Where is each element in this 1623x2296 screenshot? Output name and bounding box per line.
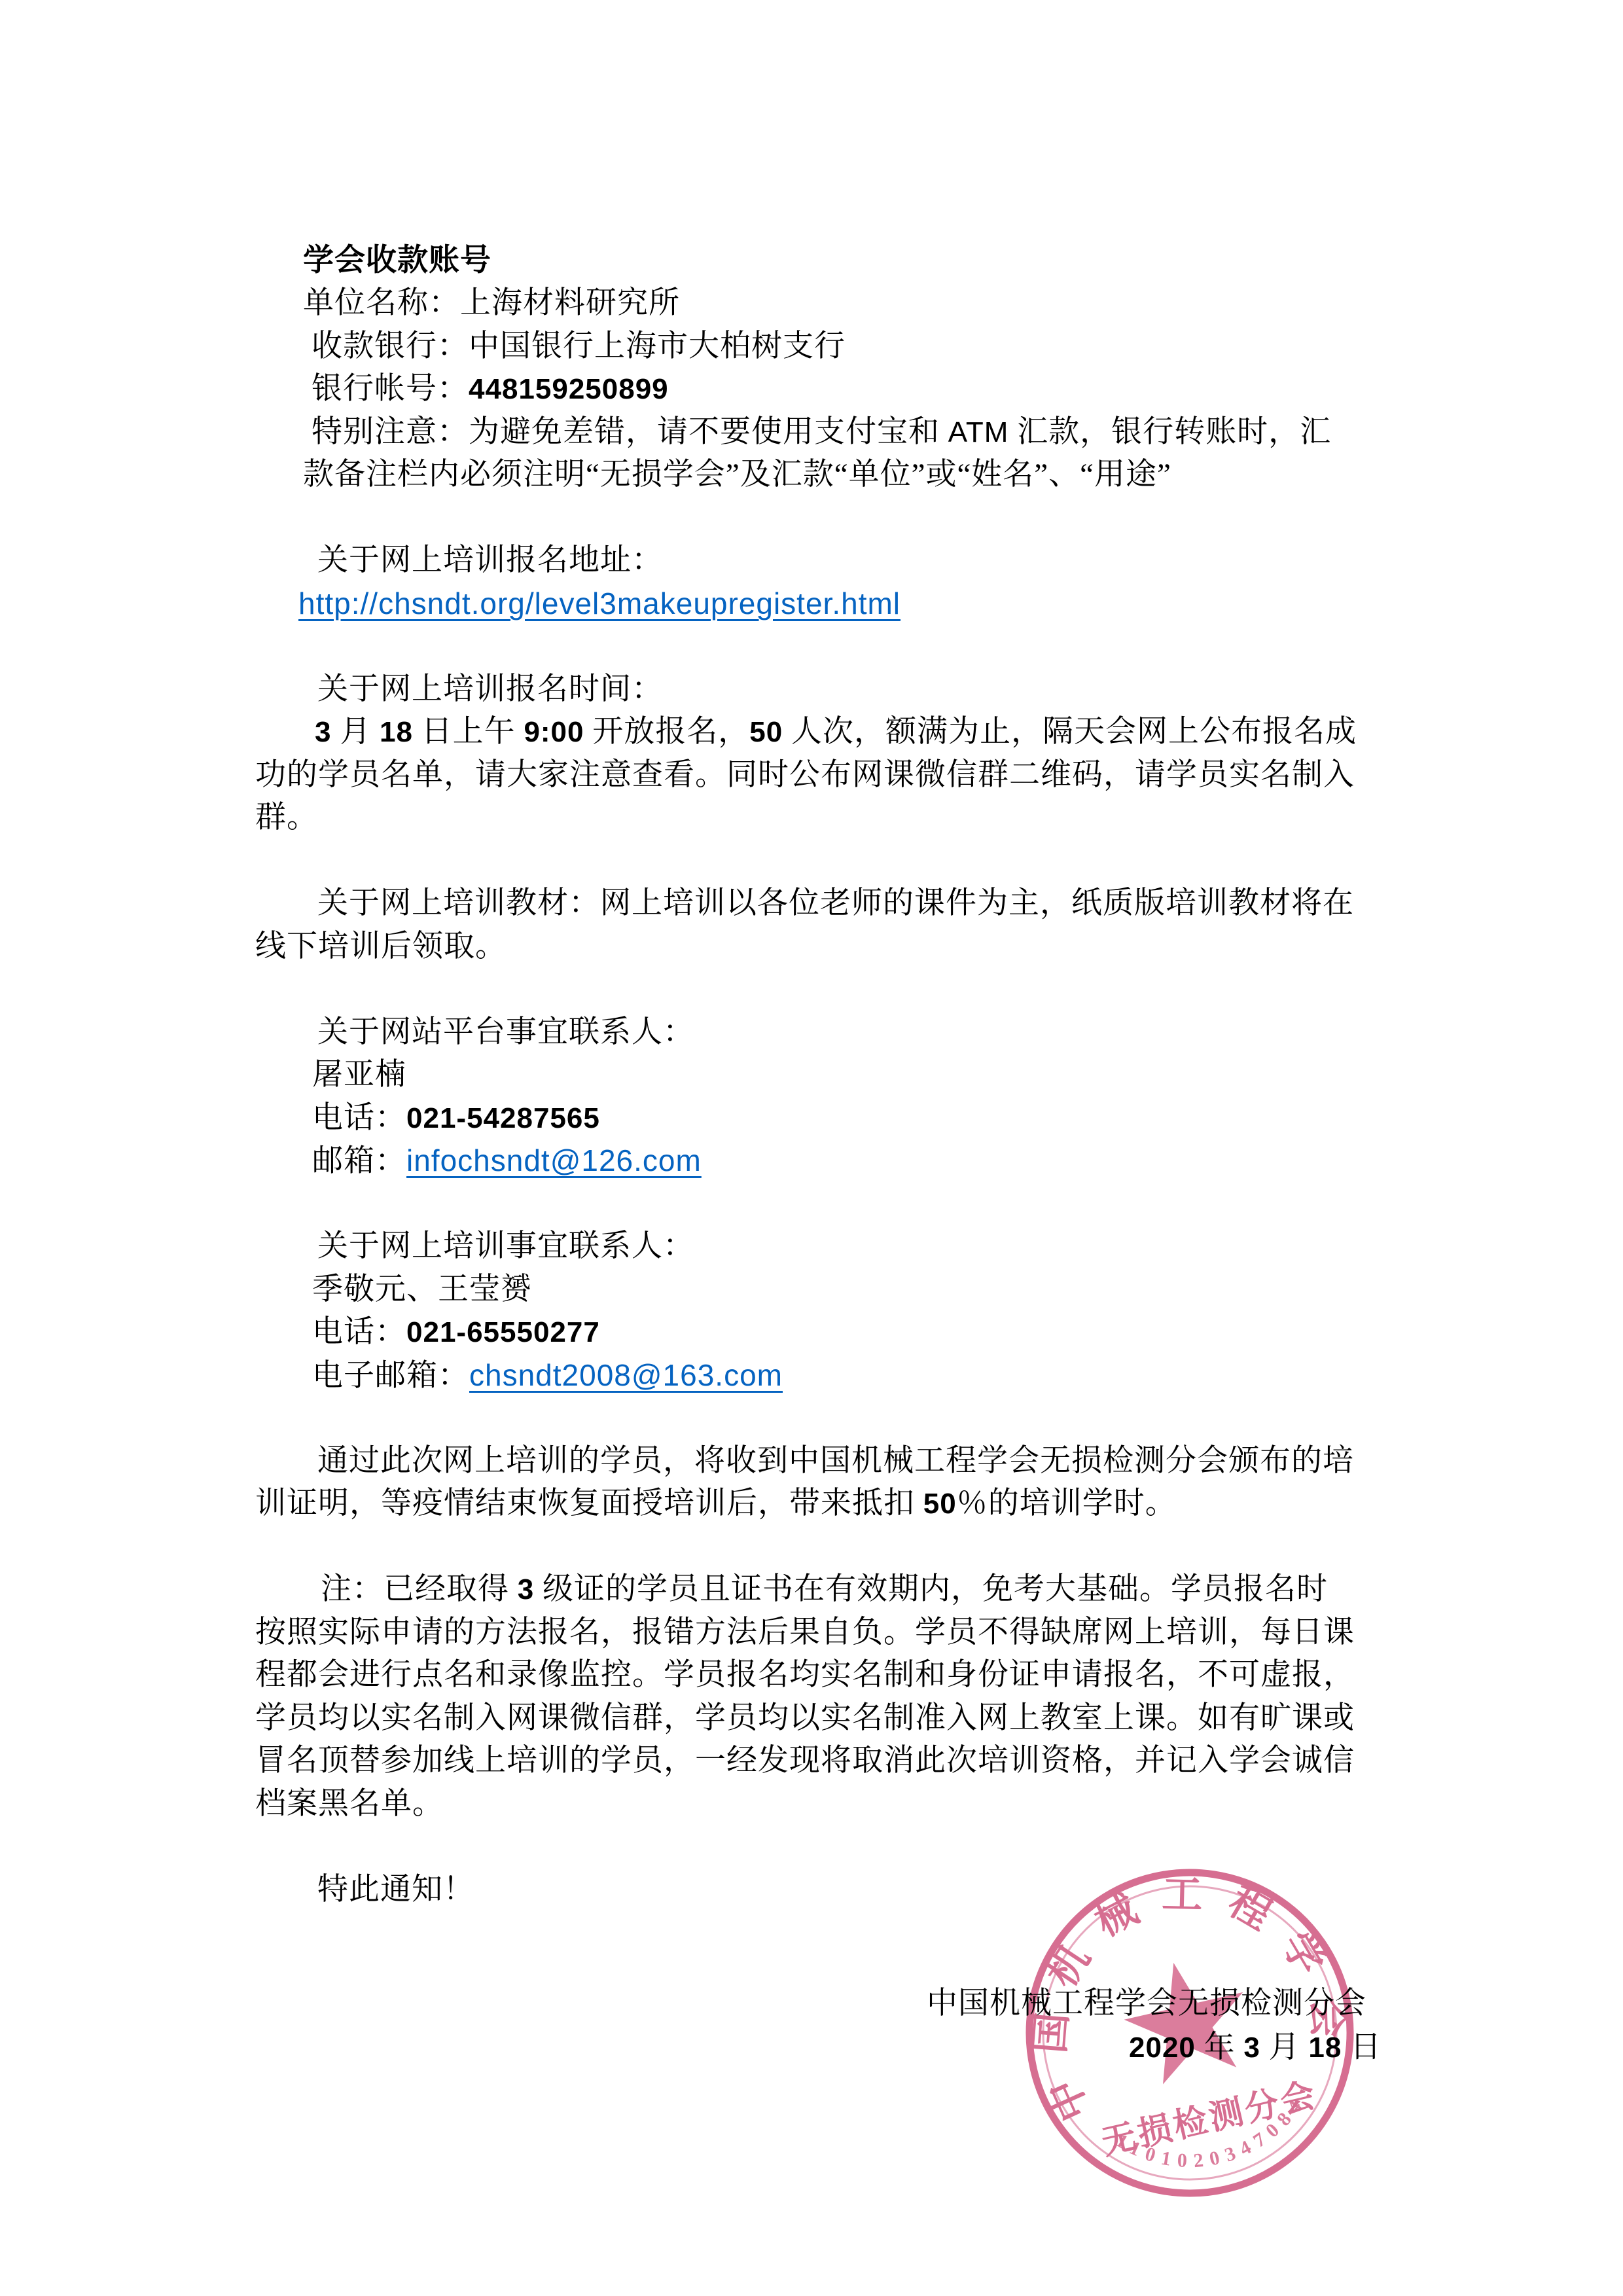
unit-name-line: 单位名称：上海材料研究所 [303,288,680,319]
website-contact-email: 邮箱：infochsndt@126.com [312,1145,702,1177]
text-span: 月 [1260,2030,1309,2064]
text-span: ％的培训学时。 [957,1486,1177,1520]
number-text: 3 [518,1573,534,1605]
note-line-1: 注：已经取得 3 级证的学员且证书在有效期内，免考大基础。学员报名时 [321,1574,1328,1605]
text-span: 汇款，银行转账时，汇 [1008,415,1331,449]
number-text: 021-65550277 [406,1316,600,1348]
text-span: 关于网站平台事宜联系人： [317,1015,694,1049]
text-span: 注：已经取得 [321,1572,518,1606]
text-span: 中国机械工程学会无损检测分会 [927,1986,1366,2020]
text-span: 开放报名， [584,715,750,749]
text-span: 人次，额满为止，隔天会网上公布报名成 [783,715,1357,749]
website-contact-heading: 关于网站平台事宜联系人： [317,1017,694,1048]
note-line-6: 档案黑名单。 [255,1789,444,1820]
heading-account-info: 学会收款账号 [303,245,491,276]
text-span: 款备注栏内必须注明“无损学会”及汇款“单位”或“姓名”、“用途” [303,457,1171,492]
text-span: 关于网上培训事宜联系人： [317,1229,694,1263]
text-span: 电子邮箱： [312,1359,469,1393]
number-text: 3 [1243,2032,1260,2064]
text-span: 收款银行：中国银行上海市大柏树支行 [312,329,846,363]
text-span: 屠亚楠 [312,1058,406,1092]
text-span: 学员均以实名制入网课微信群，学员均以实名制准入网上教室上课。如有旷课或 [255,1701,1355,1735]
online-reg-url: http://chsndt.org/level3makeupregister.h… [298,588,901,620]
receiving-bank-line: 收款银行：中国银行上海市大柏树支行 [312,331,846,362]
text-span: 档案黑名单。 [255,1787,444,1821]
online-reg-url-heading: 关于网上培训报名地址： [317,545,663,576]
website-contact-phone: 电话：021-54287565 [312,1103,600,1134]
number-text: 2020 [1129,2032,1196,2064]
number-text: 50 [749,716,783,748]
special-note-line-1: 特别注意：为避免差错，请不要使用支付宝和 ATM 汇款，银行转账时，汇 [312,417,1331,448]
text-span: 关于网上培训报名时间： [317,672,663,706]
number-text: 448159250899 [469,373,669,405]
text-span: 群。 [255,800,318,834]
online-reg-time-line-1: 3 月 18 日上午 9:00 开放报名，50 人次，额满为止，隔天会网上公布报… [315,717,1357,747]
training-credit-line-2: 训证明，等疫情结束恢复面授培训后，带来抵扣 50％的培训学时。 [255,1488,1177,1519]
text-span: 日 [1342,2030,1382,2064]
text-span: 单位名称：上海材料研究所 [303,286,680,320]
number-text: 021-54287565 [406,1102,600,1134]
text-span: 按照实际申请的方法报名，报错方法后果自负。学员不得缺席网上培训，每日课 [255,1615,1355,1649]
text-span: 特此通知！ [317,1873,474,1907]
text-span: 线下培训后领取。 [255,929,507,963]
text-span: 电话： [312,1101,406,1135]
text-span: 训证明，等疫情结束恢复面授培训后，带来抵扣 [255,1486,923,1520]
text-span: 邮箱： [312,1144,406,1178]
number-text: 3 [315,716,331,748]
document-page: 中国机械工程学会 1101020347084 无损检测分会 学会收款账号单位名称… [0,0,1623,2296]
hyperlink[interactable]: chsndt2008@163.com [469,1358,783,1392]
training-contact-heading: 关于网上培训事宜联系人： [317,1231,694,1262]
training-credit-line-1: 通过此次网上培训的学员，将收到中国机械工程学会无损检测分会颁布的培 [317,1446,1354,1477]
number-text: 9:00 [524,716,584,748]
text-span: 银行帐号： [312,372,469,406]
text-span: 季敬元、王莹赟 [312,1272,532,1306]
text-span: 关于网上培训教材：网上培训以各位老师的课件为主，纸质版培训教材将在 [317,886,1354,920]
training-contact-email: 电子邮箱：chsndt2008@163.com [312,1360,783,1391]
training-contact-phone: 电话：021-65550277 [312,1317,600,1348]
training-material-line-1: 关于网上培训教材：网上培训以各位老师的课件为主，纸质版培训教材将在 [317,888,1354,919]
text-span: 程都会进行点名和录像监控。学员报名均实名制和身份证申请报名，不可虚报， [255,1658,1355,1692]
text-span: 冒名顶替参加线上培训的学员，一经发现将取消此次培训资格，并记入学会诚信 [255,1744,1355,1778]
text-span: 关于网上培训报名地址： [317,543,663,577]
online-reg-time-line-2: 功的学员名单，请大家注意查看。同时公布网课微信群二维码，请学员实名制入 [255,760,1355,791]
bank-account-line: 银行帐号：448159250899 [312,374,669,404]
notice-closing: 特此通知！ [317,1874,474,1905]
text-span: 通过此次网上培训的学员，将收到中国机械工程学会无损检测分会颁布的培 [317,1444,1354,1478]
signature-org-line: 中国机械工程学会无损检测分会 [927,1988,1366,2019]
text-span: 特别注意：为避免差错，请不要使用支付宝和 [312,415,948,449]
note-line-4: 学员均以实名制入网课微信群，学员均以实名制准入网上教室上课。如有旷课或 [255,1703,1355,1734]
special-note-line-2: 款备注栏内必须注明“无损学会”及汇款“单位”或“姓名”、“用途” [303,459,1171,490]
note-line-3: 程都会进行点名和录像监控。学员报名均实名制和身份证申请报名，不可虚报， [255,1660,1355,1691]
text-span: 月 [331,715,380,749]
hyperlink[interactable]: infochsndt@126.com [406,1143,702,1177]
text-span: 日上午 [413,715,524,749]
text-span: 功的学员名单，请大家注意查看。同时公布网课微信群二维码，请学员实名制入 [255,758,1355,792]
number-text: 50 [923,1488,957,1520]
online-reg-time-heading: 关于网上培训报名时间： [317,674,663,705]
hyperlink[interactable]: http://chsndt.org/level3makeupregister.h… [298,586,901,620]
text-span: 年 [1196,2030,1244,2064]
note-line-2: 按照实际申请的方法报名，报错方法后果自负。学员不得缺席网上培训，每日课 [255,1617,1355,1648]
number-text: 18 [380,716,413,748]
text-span: 级证的学员且证书在有效期内，免考大基础。学员报名时 [534,1572,1328,1606]
online-reg-time-line-3: 群。 [255,802,318,833]
text-span: 电话： [312,1315,406,1349]
signature-date-line: 2020 年 3 月 18 日 [1129,2032,1382,2063]
number-text: 18 [1308,2032,1342,2064]
note-line-5: 冒名顶替参加线上培训的学员，一经发现将取消此次培训资格，并记入学会诚信 [255,1746,1355,1776]
document-text: 学会收款账号单位名称：上海材料研究所收款银行：中国银行上海市大柏树支行银行帐号：… [0,0,1623,2296]
text-span: 学会收款账号 [303,243,491,278]
text-span: ATM [948,416,1009,448]
training-contact-names: 季敬元、王莹赟 [312,1274,532,1305]
website-contact-name: 屠亚楠 [312,1060,406,1090]
training-material-line-2: 线下培训后领取。 [255,931,507,962]
